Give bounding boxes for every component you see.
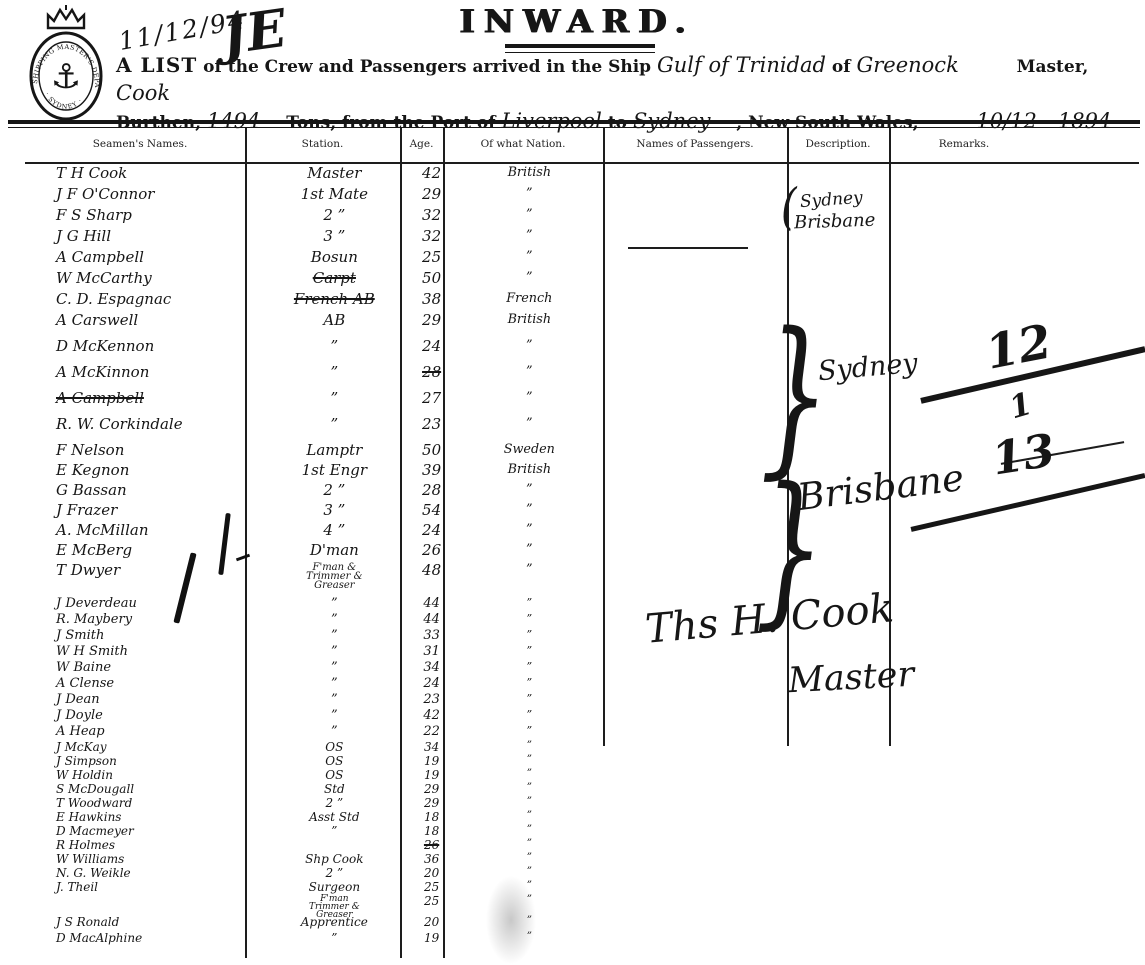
nation-value: ” <box>454 523 605 536</box>
station-value: F'man & Trimmer & Greaser <box>259 563 409 590</box>
table-row: A McKinnon ” 28 ” <box>30 365 605 391</box>
station-value: Shp Cook <box>259 853 409 866</box>
station-value: 4 ” <box>259 523 409 539</box>
nation-value: ” <box>454 563 605 576</box>
preamble-text-1a: of the Crew and Passengers arrived in th… <box>203 57 651 77</box>
seaman-name: E Hawkins <box>30 811 259 824</box>
table-row: A Clense ” 24 ” <box>30 677 605 693</box>
seaman-name: F S Sharp <box>30 208 259 224</box>
age-value: 19 <box>410 755 454 768</box>
table-row: T Dwyer F'man & Trimmer & Greaser 48 ” <box>30 563 605 597</box>
age-value: 23 <box>410 417 454 433</box>
table-row: E Hawkins Asst Std 18 ” <box>30 811 605 825</box>
age-value: 24 <box>410 339 454 355</box>
station-value: Master <box>259 166 409 182</box>
station-value: AB <box>259 313 409 329</box>
table-row: S McDougall Std 29 ” <box>30 783 605 797</box>
station-value: D'man <box>259 543 409 559</box>
station-value: 2 ” <box>259 797 409 810</box>
nation-value: ” <box>454 613 605 625</box>
table-row: T H Cook Master 42 British <box>30 166 605 187</box>
table-row: A Campbell ” 27 ” <box>30 391 605 417</box>
table-row: J F O'Connor 1st Mate 29 ” <box>30 187 605 208</box>
nation-value: British <box>454 166 605 179</box>
age-value: 54 <box>410 503 454 519</box>
seaman-name: A Campbell <box>30 250 259 266</box>
nation-value: French <box>454 292 605 305</box>
table-row: J Frazer 3 ” 54 ” <box>30 503 605 523</box>
seaman-name: J Simpson <box>30 755 259 768</box>
nation-value: ” <box>454 677 605 689</box>
age-value: 19 <box>410 769 454 782</box>
column-header-remarks: Remarks. <box>889 138 1039 150</box>
table-row: J Doyle ” 42 ” <box>30 709 605 725</box>
nation-value: ” <box>454 483 605 496</box>
station-value: Carpt <box>259 271 409 287</box>
age-value: 26 <box>410 839 454 852</box>
age-value: 32 <box>410 229 454 245</box>
age-value: 24 <box>410 677 454 691</box>
saloon-destination-sydney: Sydney <box>799 188 863 212</box>
age-value: 18 <box>410 825 454 838</box>
nation-value: ” <box>454 187 605 200</box>
station-value: ” <box>259 825 409 838</box>
nation-value: ” <box>454 755 605 766</box>
seaman-name: D McKennon <box>30 339 259 355</box>
nation-value: ” <box>454 725 605 737</box>
anchor-icon: ⚓ <box>51 57 81 97</box>
table-row: A Heap ” 22 ” <box>30 725 605 741</box>
nation-value: ” <box>454 597 605 609</box>
seaman-name: W Baine <box>30 661 259 675</box>
seaman-name: R Holmes <box>30 839 259 852</box>
station-value: ” <box>259 932 409 945</box>
station-value: Bosun <box>259 250 409 266</box>
seaman-name: J G Hill <box>30 229 259 245</box>
seaman-name: R. Maybery <box>30 613 259 627</box>
seaman-name: J Dean <box>30 693 259 707</box>
seaman-name: T Woodward <box>30 797 259 810</box>
station-value: ” <box>259 645 409 659</box>
table-row: A. McMillan 4 ” 24 ” <box>30 523 605 543</box>
column-header-seamens-names: Seamen's Names. <box>35 138 245 150</box>
age-value: 27 <box>410 391 454 407</box>
nation-value: ” <box>454 811 605 822</box>
station-value: 3 ” <box>259 229 409 245</box>
table-row: J McKay OS 34 ” <box>30 741 605 755</box>
saloon-section-rule <box>628 247 748 249</box>
table-row: G Bassan 2 ” 28 ” <box>30 483 605 503</box>
age-value: 31 <box>410 645 454 659</box>
station-value: ” <box>259 391 409 407</box>
nation-value: ” <box>454 229 605 242</box>
nation-value: ” <box>454 250 605 263</box>
seaman-name: T H Cook <box>30 166 259 182</box>
nation-value: Sweden <box>454 443 605 456</box>
age-value: 18 <box>410 811 454 824</box>
table-row: F S Sharp 2 ” 32 ” <box>30 208 605 229</box>
column-divider <box>889 128 891 746</box>
header-underline <box>25 162 1139 164</box>
saloon-destination-brisbane: Brisbane <box>794 210 876 234</box>
column-header-station: Station. <box>245 138 400 150</box>
age-value: 32 <box>410 208 454 224</box>
remark-count-mid: 1 <box>1005 386 1036 427</box>
seaman-name: N. G. Weikle <box>30 867 259 880</box>
seaman-name: D Macmeyer <box>30 825 259 838</box>
nation-value: ” <box>454 853 605 864</box>
station-value: ” <box>259 629 409 643</box>
table-row: T Woodward 2 ” 29 ” <box>30 797 605 811</box>
seaman-name: T Dwyer <box>30 563 259 579</box>
table-row: D McKennon ” 24 ” <box>30 339 605 365</box>
column-header-of-what-nation: Of what Nation. <box>443 138 603 150</box>
nation-value: ” <box>454 839 605 850</box>
station-value: Std <box>259 783 409 796</box>
seaman-name: J Deverdeau <box>30 597 259 611</box>
age-value: 42 <box>410 709 454 723</box>
nation-value: British <box>454 313 605 326</box>
station-value: 2 ” <box>259 867 409 880</box>
column-header-description: Description. <box>787 138 889 150</box>
age-value: 23 <box>410 693 454 707</box>
age-value: 25 <box>410 895 454 908</box>
station-value: OS <box>259 755 409 768</box>
age-value: 33 <box>410 629 454 643</box>
age-value: 20 <box>410 867 454 880</box>
station-value: ” <box>259 365 409 381</box>
crown-icon <box>48 10 84 28</box>
age-value: 44 <box>410 613 454 627</box>
column-header-age: Age. <box>400 138 443 150</box>
age-value: 29 <box>410 783 454 796</box>
seaman-name: J Doyle <box>30 709 259 723</box>
station-value: Asst Std <box>259 811 409 824</box>
station-value: OS <box>259 769 409 782</box>
table-row: W McCarthy Carpt 50 ” <box>30 271 605 292</box>
age-value: 29 <box>410 797 454 810</box>
nation-value: ” <box>454 741 605 752</box>
nation-value: ” <box>454 629 605 641</box>
station-value: 2 ” <box>259 483 409 499</box>
nation-value: ” <box>454 661 605 673</box>
ship-name-value: Gulf of Trinidad <box>657 53 826 77</box>
seaman-name: E Kegnon <box>30 463 259 479</box>
table-row: W Baine ” 34 ” <box>30 661 605 677</box>
seaman-name: A Heap <box>30 725 259 739</box>
seaman-name: A Clense <box>30 677 259 691</box>
station-value: 1st Engr <box>259 463 409 479</box>
seaman-name: W H Smith <box>30 645 259 659</box>
nation-value: ” <box>454 797 605 808</box>
age-value: 48 <box>410 563 454 579</box>
station-value: Lamptr <box>259 443 409 459</box>
seaman-name: A Carswell <box>30 313 259 329</box>
seaman-name: W McCarthy <box>30 271 259 287</box>
seaman-name: J McKay <box>30 741 259 754</box>
seaman-name: R. W. Corkindale <box>30 417 259 433</box>
table-row: J Deverdeau ” 44 ” <box>30 597 605 613</box>
table-row: A Carswell AB 29 British <box>30 313 605 339</box>
nation-value: ” <box>454 693 605 705</box>
station-value: ” <box>259 339 409 355</box>
table-row: R. W. Corkindale ” 23 ” <box>30 417 605 443</box>
steerage-destination-sydney: Sydney <box>817 348 919 388</box>
table-row: W Williams Shp Cook 36 ” <box>30 853 605 867</box>
station-value: ” <box>259 417 409 433</box>
seaman-name: W Holdin <box>30 769 259 782</box>
seaman-name: J S Ronald <box>30 916 259 929</box>
table-row: E McBerg D'man 26 ” <box>30 543 605 563</box>
nation-value: ” <box>454 503 605 516</box>
table-row: J Simpson OS 19 ” <box>30 755 605 769</box>
nation-value: British <box>454 463 605 476</box>
nation-value: ” <box>454 417 605 430</box>
table-row: D Macmeyer ” 18 ” <box>30 825 605 839</box>
seaman-name: F Nelson <box>30 443 259 459</box>
table-row: W H Smith ” 31 ” <box>30 645 605 661</box>
station-value: French AB <box>259 292 409 308</box>
seaman-name: J F O'Connor <box>30 187 259 203</box>
table-top-rule <box>8 120 1140 128</box>
age-value: 29 <box>410 313 454 329</box>
seaman-name: A Campbell <box>30 391 259 407</box>
scan-smudge <box>486 876 536 964</box>
table-row: F Nelson Lamptr 50 Sweden <box>30 443 605 463</box>
nation-value: ” <box>454 208 605 221</box>
table-row: W Holdin OS 19 ” <box>30 769 605 783</box>
shipping-masters-seal: SHIPPING MASTER'S DEPARTMENT · SYDNEY · … <box>16 4 116 124</box>
master-signature-role: Master <box>787 655 915 702</box>
age-value: 39 <box>410 463 454 479</box>
age-value: 50 <box>410 443 454 459</box>
station-value: Surgeon <box>259 881 409 894</box>
preamble-line-1: A LIST of the Crew and Passengers arrive… <box>116 52 1145 108</box>
age-value: 42 <box>410 166 454 182</box>
scanned-crew-list-document: SHIPPING MASTER'S DEPARTMENT · SYDNEY · … <box>0 0 1145 965</box>
column-header-names-of-passengers: Names of Passengers. <box>603 138 787 150</box>
table-row: J Dean ” 23 ” <box>30 693 605 709</box>
age-value: 28 <box>410 483 454 499</box>
station-value: 2 ” <box>259 208 409 224</box>
table-row: J Smith ” 33 ” <box>30 629 605 645</box>
age-value: 24 <box>410 523 454 539</box>
seaman-name: A McKinnon <box>30 365 259 381</box>
nation-value: ” <box>454 271 605 284</box>
preamble-lead: A LIST <box>116 53 197 77</box>
age-value: 28 <box>410 365 454 381</box>
station-value: 3 ” <box>259 503 409 519</box>
ship-registry-port-value: Greenock <box>856 53 958 77</box>
age-value: 50 <box>410 271 454 287</box>
station-value: ” <box>259 597 409 611</box>
nation-value: ” <box>454 339 605 352</box>
station-value: Apprentice <box>259 916 409 929</box>
seaman-name: S McDougall <box>30 783 259 796</box>
preamble-text-1b: of <box>832 57 851 77</box>
nation-value: ” <box>454 783 605 794</box>
station-value: ” <box>259 693 409 707</box>
age-value: 26 <box>410 543 454 559</box>
age-value: 38 <box>410 292 454 308</box>
crew-list: T H Cook Master 42 British J F O'Connor … <box>30 166 605 946</box>
remark-count-bottom: 13 <box>988 423 1058 485</box>
table-row: E Kegnon 1st Engr 39 British <box>30 463 605 483</box>
nation-value: ” <box>454 391 605 404</box>
station-value: ” <box>259 677 409 691</box>
table-row: R. Maybery ” 44 ” <box>30 613 605 629</box>
seaman-name: G Bassan <box>30 483 259 499</box>
station-value: ” <box>259 709 409 723</box>
seaman-name: J. Theil <box>30 881 259 894</box>
nation-value: ” <box>454 709 605 721</box>
age-value: 29 <box>410 187 454 203</box>
table-row: J G Hill 3 ” 32 ” <box>30 229 605 250</box>
age-value: 34 <box>410 661 454 675</box>
page-title: INWARD. <box>442 3 712 40</box>
table-row: C. D. Espagnac French AB 38 French <box>30 292 605 313</box>
seaman-name: C. D. Espagnac <box>30 292 259 308</box>
nation-value: ” <box>454 769 605 780</box>
seaman-name: J Smith <box>30 629 259 643</box>
age-value: 34 <box>410 741 454 754</box>
station-value: ” <box>259 725 409 739</box>
age-value: 25 <box>410 250 454 266</box>
table-row: A Campbell Bosun 25 ” <box>30 250 605 271</box>
station-value: ” <box>259 661 409 675</box>
seaman-name: W Williams <box>30 853 259 866</box>
nation-value: ” <box>454 645 605 657</box>
nation-value: ” <box>454 825 605 836</box>
nation-value: ” <box>454 365 605 378</box>
age-value: 22 <box>410 725 454 739</box>
age-value: 25 <box>410 881 454 894</box>
preamble-text-1c: Master, <box>1017 57 1089 77</box>
seaman-name: D MacAlphine <box>30 932 259 945</box>
table-row: R Holmes 26 ” <box>30 839 605 853</box>
station-value: ” <box>259 613 409 627</box>
master-name-value: Cook <box>116 81 170 105</box>
age-value: 44 <box>410 597 454 611</box>
age-value: 19 <box>410 932 454 945</box>
age-value: 20 <box>410 916 454 929</box>
age-value: 36 <box>410 853 454 866</box>
station-value: OS <box>259 741 409 754</box>
nation-value: ” <box>454 543 605 556</box>
station-value: 1st Mate <box>259 187 409 203</box>
